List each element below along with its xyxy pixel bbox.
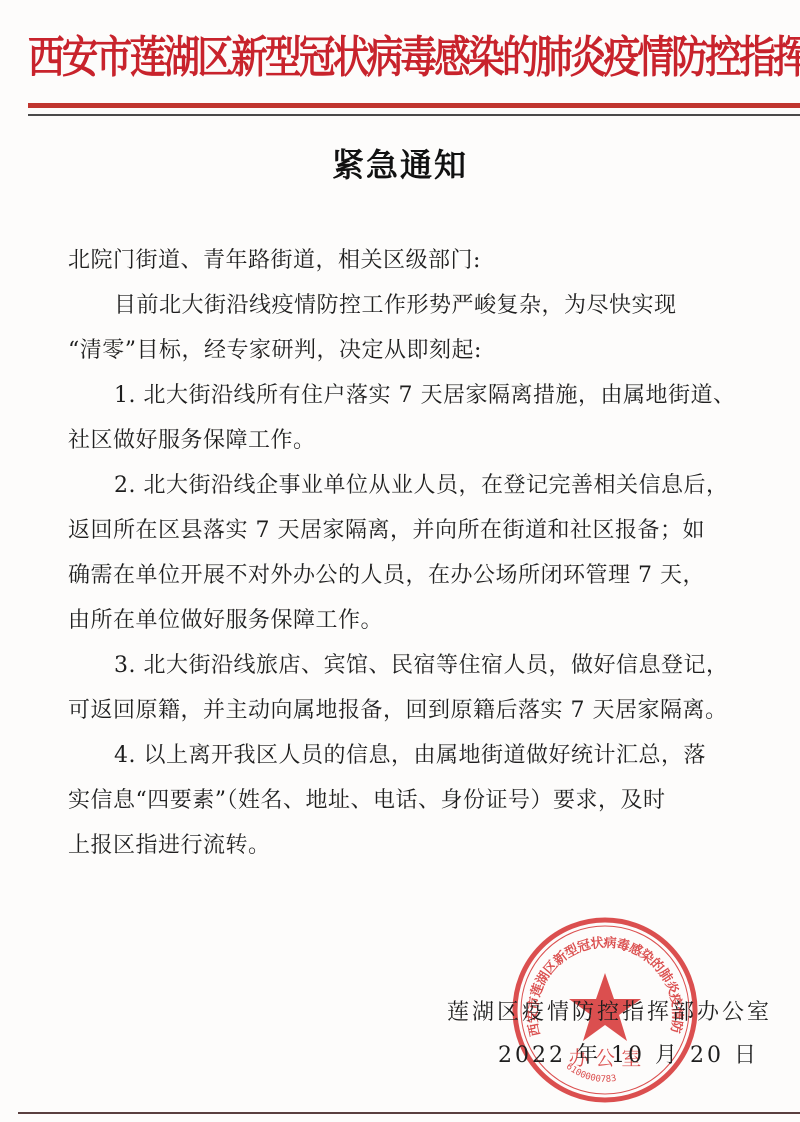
signature-date: 2022 年 10 月 20 日 [498, 1038, 759, 1069]
body-line-7: 确需在单位开展不对外办公的人员，在办公场所闭环管理 7 天， [68, 553, 800, 598]
document-title: 紧急通知 [0, 140, 800, 186]
document-body: 北院门街道、青年路街道，相关区级部门: 目前北大街沿线疫情防控工作形势严峻复杂，… [68, 238, 800, 868]
body-line-8: 由所在单位做好服务保障工作。 [68, 598, 800, 643]
footer-rule [18, 1112, 800, 1114]
letterhead-red-rule [28, 103, 800, 108]
body-line-6: 返回所在区县落实 7 天居家隔离，并向所在街道和社区报备；如 [68, 508, 800, 553]
body-line-4: 社区做好服务保障工作。 [68, 418, 800, 463]
signature-organization: 莲湖区疫情防控指挥部办公室 [447, 995, 772, 1026]
body-line-1: 目前北大街沿线疫情防控工作形势严峻复杂，为尽快实现 [68, 283, 800, 328]
letterhead-thin-rule [28, 114, 800, 116]
body-line-13: 上报区指进行流转。 [68, 823, 800, 868]
body-line-10: 可返回原籍，并主动向属地报备，回到原籍后落实 7 天居家隔离。 [68, 688, 800, 733]
body-line-0: 北院门街道、青年路街道，相关区级部门: [68, 238, 800, 283]
body-line-9: 3. 北大街沿线旅店、宾馆、民宿等住宿人员，做好信息登记， [68, 643, 800, 688]
letterhead-title: 西安市莲湖区新型冠状病毒感染的肺炎疫情防控指挥部办公室 [28, 28, 669, 88]
body-line-5: 2. 北大街沿线企事业单位从业人员，在登记完善相关信息后， [68, 463, 800, 508]
body-line-3: 1. 北大街沿线所有住户落实 7 天居家隔离措施，由属地街道、 [68, 373, 800, 418]
body-line-2: “清零”目标，经专家研判，决定从即刻起: [68, 328, 800, 373]
body-line-12: 实信息“四要素”（姓名、地址、电话、身份证号）要求，及时 [68, 778, 800, 823]
body-line-11: 4. 以上离开我区人员的信息，由属地街道做好统计汇总，落 [68, 733, 800, 778]
